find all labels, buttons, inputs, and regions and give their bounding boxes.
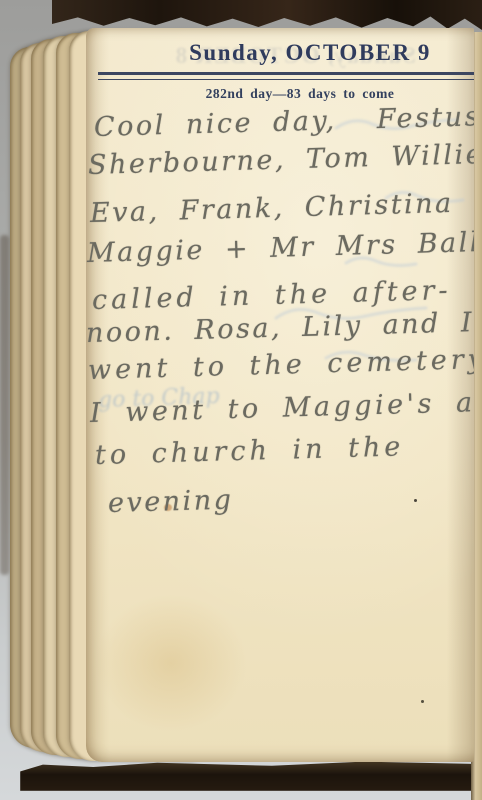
date-title: Sunday, OCTOBER 9 <box>146 40 474 66</box>
day-count-subtitle: 282nd day—83 days to come <box>126 86 474 102</box>
header-double-rule <box>98 72 474 80</box>
book-cover-top-edge <box>52 0 482 30</box>
diary-scan: { "page": { "header": { "title": "Sunday… <box>0 0 482 800</box>
book-cover-bottom-edge <box>20 761 478 791</box>
handwriting-line: evening <box>108 485 234 519</box>
ink-speck <box>421 700 424 703</box>
ink-speck <box>414 499 417 502</box>
book-cover-left-sliver <box>0 235 9 575</box>
diary-page: Sunday, OCTOBER 8 Sunday, OCTOBER 9 282n… <box>86 28 474 762</box>
